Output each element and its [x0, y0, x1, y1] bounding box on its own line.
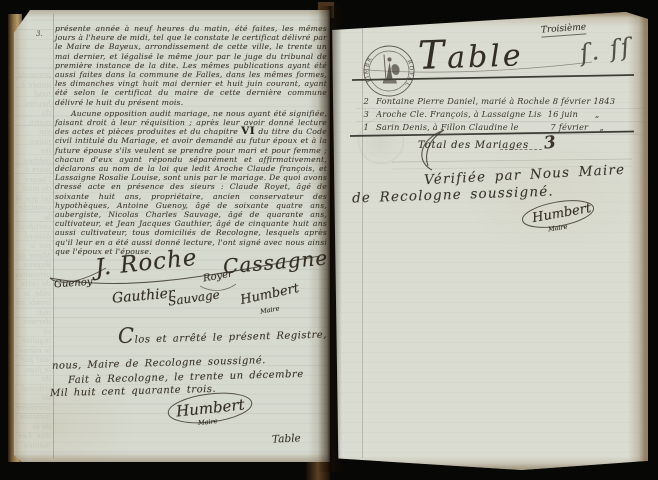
entry-names: Aroche Cle. François, à Lassaigne Lisett…: [376, 109, 542, 119]
scanned-register-spread: présente année à neuf heures du matin, é…: [0, 0, 658, 480]
catchword: Table: [272, 432, 301, 445]
closing-line-1: Clos et arrêté le présent Registre, par: [118, 325, 352, 346]
verification-signature-title: Maire: [548, 223, 569, 234]
chapter-number: VI: [241, 125, 255, 137]
entry-date: 16 juin „: [542, 109, 644, 119]
entry-number: 1: [356, 122, 369, 132]
verification-line-2: de Recologne soussigné.: [352, 183, 554, 206]
table-row: 2 Fontaine Pierre Daniel, marié à Roche …: [356, 96, 644, 109]
entry-number: 3: [356, 109, 369, 119]
act-paragraph-2: Aucune opposition audit mariage, ne nous…: [55, 109, 327, 256]
act-paragraph-2-end: du titre du Code civil intitulé du Maria…: [55, 127, 327, 256]
total-value: 3: [543, 132, 557, 153]
margin-mark: 3.: [36, 30, 43, 38]
signature-royer: Royer: [202, 268, 233, 284]
signature-humbert: Humbert: [239, 281, 300, 308]
act-body-text: présente année à neuf heures du matin, é…: [55, 24, 327, 258]
seal-text-right: ROYAL: [403, 59, 414, 88]
seal-figure: [383, 55, 401, 84]
entry-names: Sarin Denis, à Fillon Claudine le: [376, 122, 542, 132]
signature-gauthier: Gauthier: [111, 285, 175, 306]
svg-text:TIMBRE: TIMBRE: [359, 40, 374, 84]
bleedthrough-ghost-text: présente année à neuf heures du matin, é…: [15, 70, 51, 450]
entry-date: 7 février „: [542, 122, 644, 132]
paraph-initials: ſ. ſſ: [578, 33, 633, 68]
marriage-table: 2 Fontaine Pierre Daniel, marié à Roche …: [356, 96, 644, 135]
closing-signature-title: Maire: [198, 417, 218, 427]
right-page: Troisième ſ. ſſ Table TIMBRE ROY: [332, 12, 648, 470]
page-title: Table: [417, 30, 524, 79]
table-row: 1 Sarin Denis, à Fillon Claudine le 7 fé…: [356, 122, 644, 135]
table-row: 3 Aroche Cle. François, à Lassaigne Lise…: [356, 109, 644, 122]
left-page: présente année à neuf heures du matin, é…: [14, 10, 330, 462]
signature-guenoy: Guenoy: [54, 277, 93, 291]
act-paragraph-1: présente année à neuf heures du matin, é…: [55, 24, 327, 107]
corner-note: Troisième: [540, 22, 586, 37]
entry-number: 2: [356, 96, 369, 106]
signature-sauvage: Sauvage: [167, 287, 220, 308]
entry-names: Fontaine Pierre Daniel, marié à Roche Li…: [376, 96, 542, 106]
timbre-royal-seal: TIMBRE ROYAL: [362, 44, 416, 98]
closing-line-2: nous, Maire de Recologne soussigné.: [52, 355, 266, 372]
closing-line-4: Mil huit cent quarante trois.: [50, 384, 216, 399]
seal-text-left: TIMBRE: [359, 40, 374, 84]
closing-line-3: Fait à Recologne, le trente un décembre: [68, 369, 304, 386]
svg-text:ROYAL: ROYAL: [403, 59, 414, 88]
entry-date: le 8 février 1843: [542, 96, 644, 106]
signature-humbert-title: Maire: [259, 304, 280, 315]
total-leader-line: [500, 149, 542, 150]
